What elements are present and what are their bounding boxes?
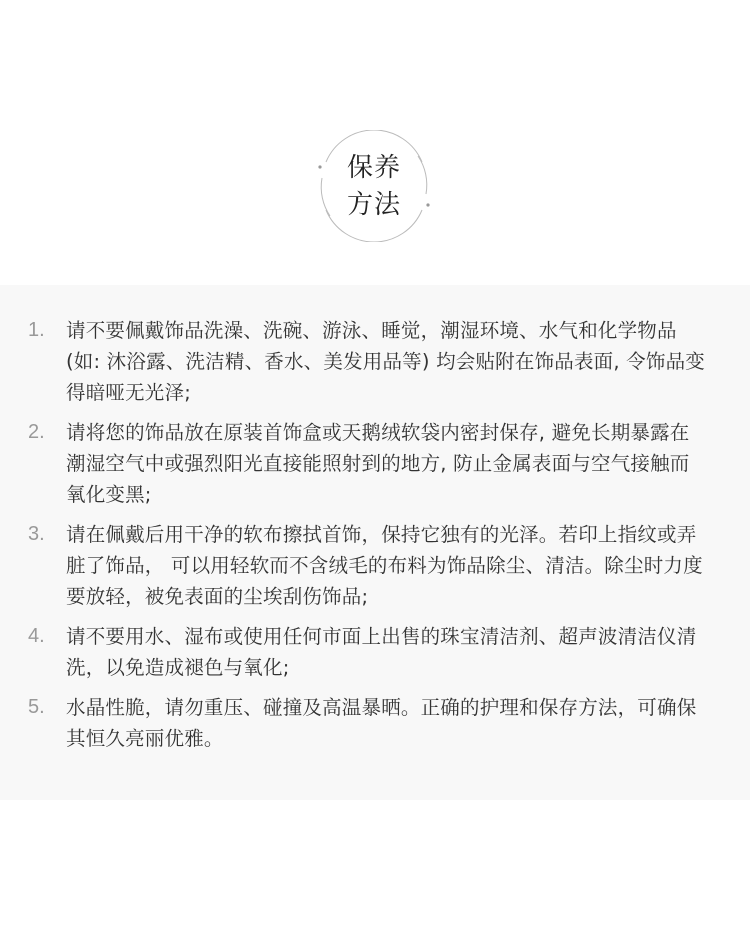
instruction-item: 5. 水晶性脆，请勿重压、碰撞及高温暴晒。正确的护理和保存方法，可确保其恒久亮丽… [28, 692, 708, 754]
item-text: 请在佩戴后用干净的软布擦拭首饰，保持它独有的光泽。若印上指纹或弄脏了饰品， 可以… [66, 519, 708, 612]
instruction-item: 4. 请不要用水、湿布或使用任何市面上出售的珠宝清洁剂、超声波清洁仪清洗，以免造… [28, 621, 708, 683]
item-text: 请不要佩戴饰品洗澡、洗碗、游泳、睡觉，潮湿环境、水气和化学物品(如: 沐浴露、洗… [66, 315, 708, 408]
title-line-2: 方法 [318, 187, 430, 224]
header-section: 保养 方法 [0, 0, 750, 285]
item-number: 5. [28, 692, 45, 723]
instruction-item: 3. 请在佩戴后用干净的软布擦拭首饰，保持它独有的光泽。若印上指纹或弄脏了饰品，… [28, 519, 708, 612]
item-number: 1. [28, 315, 45, 346]
instruction-list: 1. 请不要佩戴饰品洗澡、洗碗、游泳、睡觉，潮湿环境、水气和化学物品(如: 沐浴… [28, 315, 708, 763]
item-number: 3. [28, 519, 45, 550]
item-number: 2. [28, 417, 45, 448]
care-instructions-panel: 1. 请不要佩戴饰品洗澡、洗碗、游泳、睡觉，潮湿环境、水气和化学物品(如: 沐浴… [0, 285, 750, 800]
item-text: 水晶性脆，请勿重压、碰撞及高温暴晒。正确的护理和保存方法，可确保其恒久亮丽优雅。 [66, 692, 708, 754]
item-text: 请不要用水、湿布或使用任何市面上出售的珠宝清洁剂、超声波清洁仪清洗，以免造成褪色… [66, 621, 708, 683]
item-text: 请将您的饰品放在原装首饰盒或天鹅绒软袋内密封保存, 避免长期暴露在潮湿空气中或强… [66, 417, 708, 510]
page-title: 保养 方法 [318, 150, 430, 224]
instruction-item: 2. 请将您的饰品放在原装首饰盒或天鹅绒软袋内密封保存, 避免长期暴露在潮湿空气… [28, 417, 708, 510]
item-number: 4. [28, 621, 45, 652]
title-line-1: 保养 [318, 150, 430, 187]
title-badge: 保养 方法 [318, 130, 430, 242]
instruction-item: 1. 请不要佩戴饰品洗澡、洗碗、游泳、睡觉，潮湿环境、水气和化学物品(如: 沐浴… [28, 315, 708, 408]
